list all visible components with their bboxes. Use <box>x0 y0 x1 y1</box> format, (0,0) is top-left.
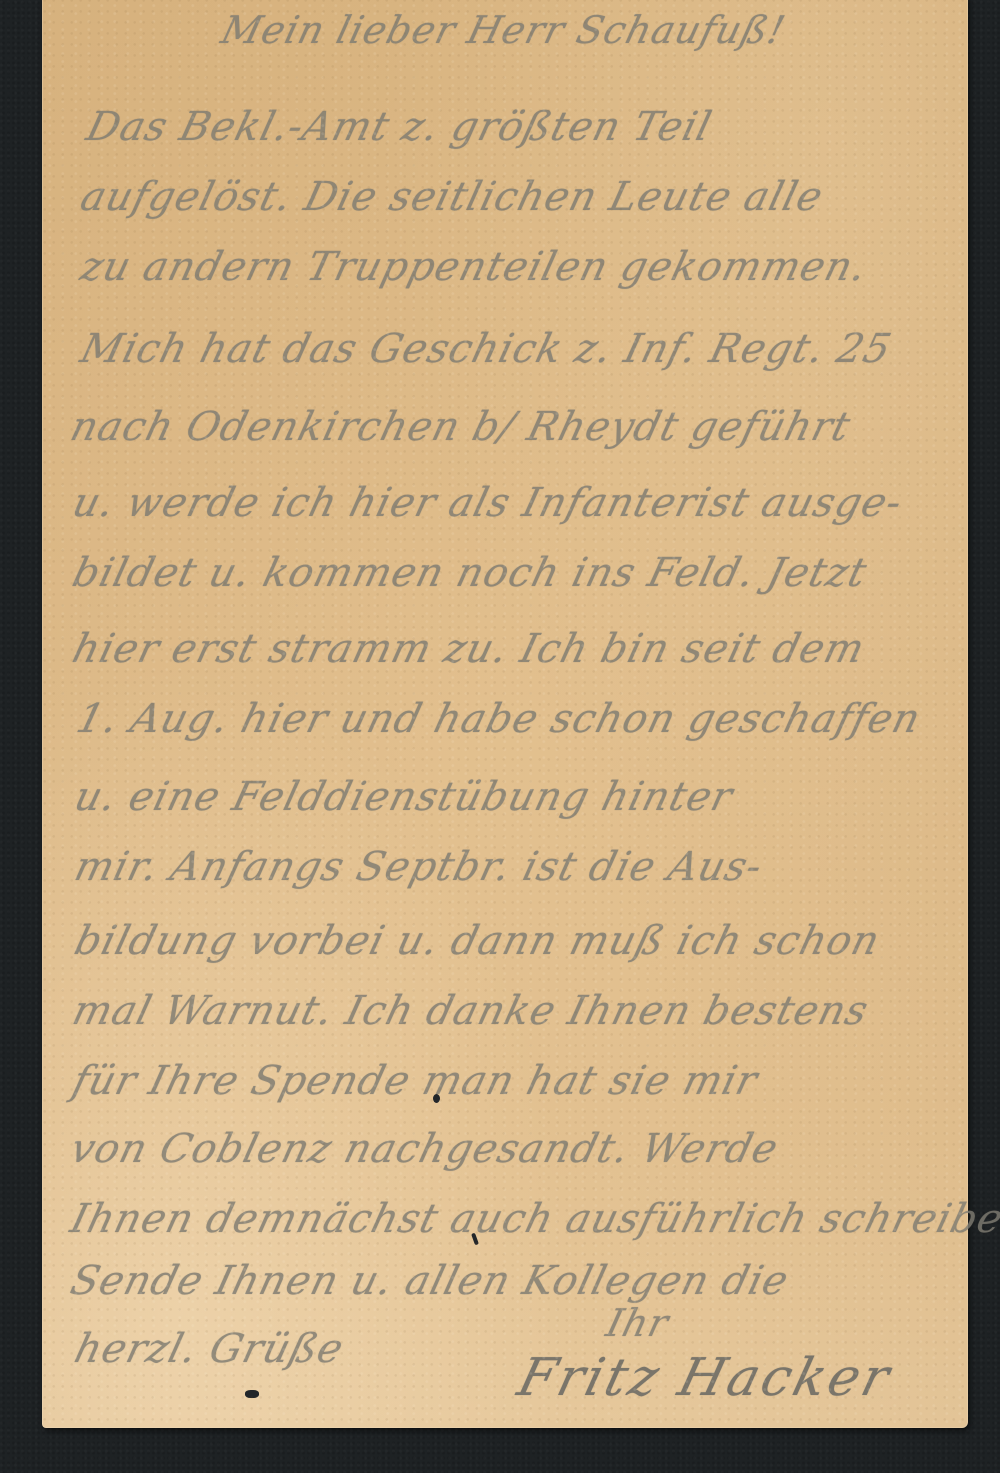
text-line-18: herzl. Grüße <box>70 1326 349 1372</box>
ink-speck <box>245 1390 259 1398</box>
text-line-17: Sende Ihnen u. allen Kollegen die <box>66 1258 794 1304</box>
text-line-5: nach Odenkirchen b/ Rheydt geführt <box>66 404 855 450</box>
signature: Fritz Hacker <box>512 1348 898 1408</box>
text-line-4: Mich hat das Geschick z. Inf. Regt. 25 <box>76 326 896 372</box>
text-line-10: u. eine Felddienstübung hinter <box>70 774 738 820</box>
text-line-11: mir. Anfangs Septbr. ist die Aus- <box>70 844 767 890</box>
text-line-12: bildung vorbei u. dann muß ich schon <box>70 918 885 964</box>
text-line-2: aufgelöst. Die seitlichen Leute alle <box>76 174 828 220</box>
text-line-14: für Ihre Spende man hat sie mir <box>68 1058 763 1104</box>
text-line-15: von Coblenz nachgesandt. Werde <box>66 1126 783 1172</box>
text-line-7: bildet u. kommen noch ins Feld. Jetzt <box>68 550 872 596</box>
text-line-1: Das Bekl.-Amt z. größten Teil <box>82 104 717 150</box>
text-line-9: 1. Aug. hier und habe schon geschaffen <box>72 696 926 742</box>
postcard: Mein lieber Herr Schaufuß! Das Bekl.-Amt… <box>42 0 968 1428</box>
text-line-8: hier erst stramm zu. Ich bin seit dem <box>68 626 870 672</box>
text-line-3: zu andern Truppenteilen gekommen. <box>76 244 872 290</box>
text-line-13: mal Warnut. Ich danke Ihnen bestens <box>68 988 873 1034</box>
text-line-6: u. werde ich hier als Infanterist ausge- <box>68 480 907 526</box>
ink-speck <box>433 1094 440 1103</box>
salutation: Mein lieber Herr Schaufuß! <box>217 8 790 52</box>
text-line-16: Ihnen demnächst auch ausführlich schreib… <box>66 1196 1000 1242</box>
closing: Ihr <box>602 1301 674 1345</box>
